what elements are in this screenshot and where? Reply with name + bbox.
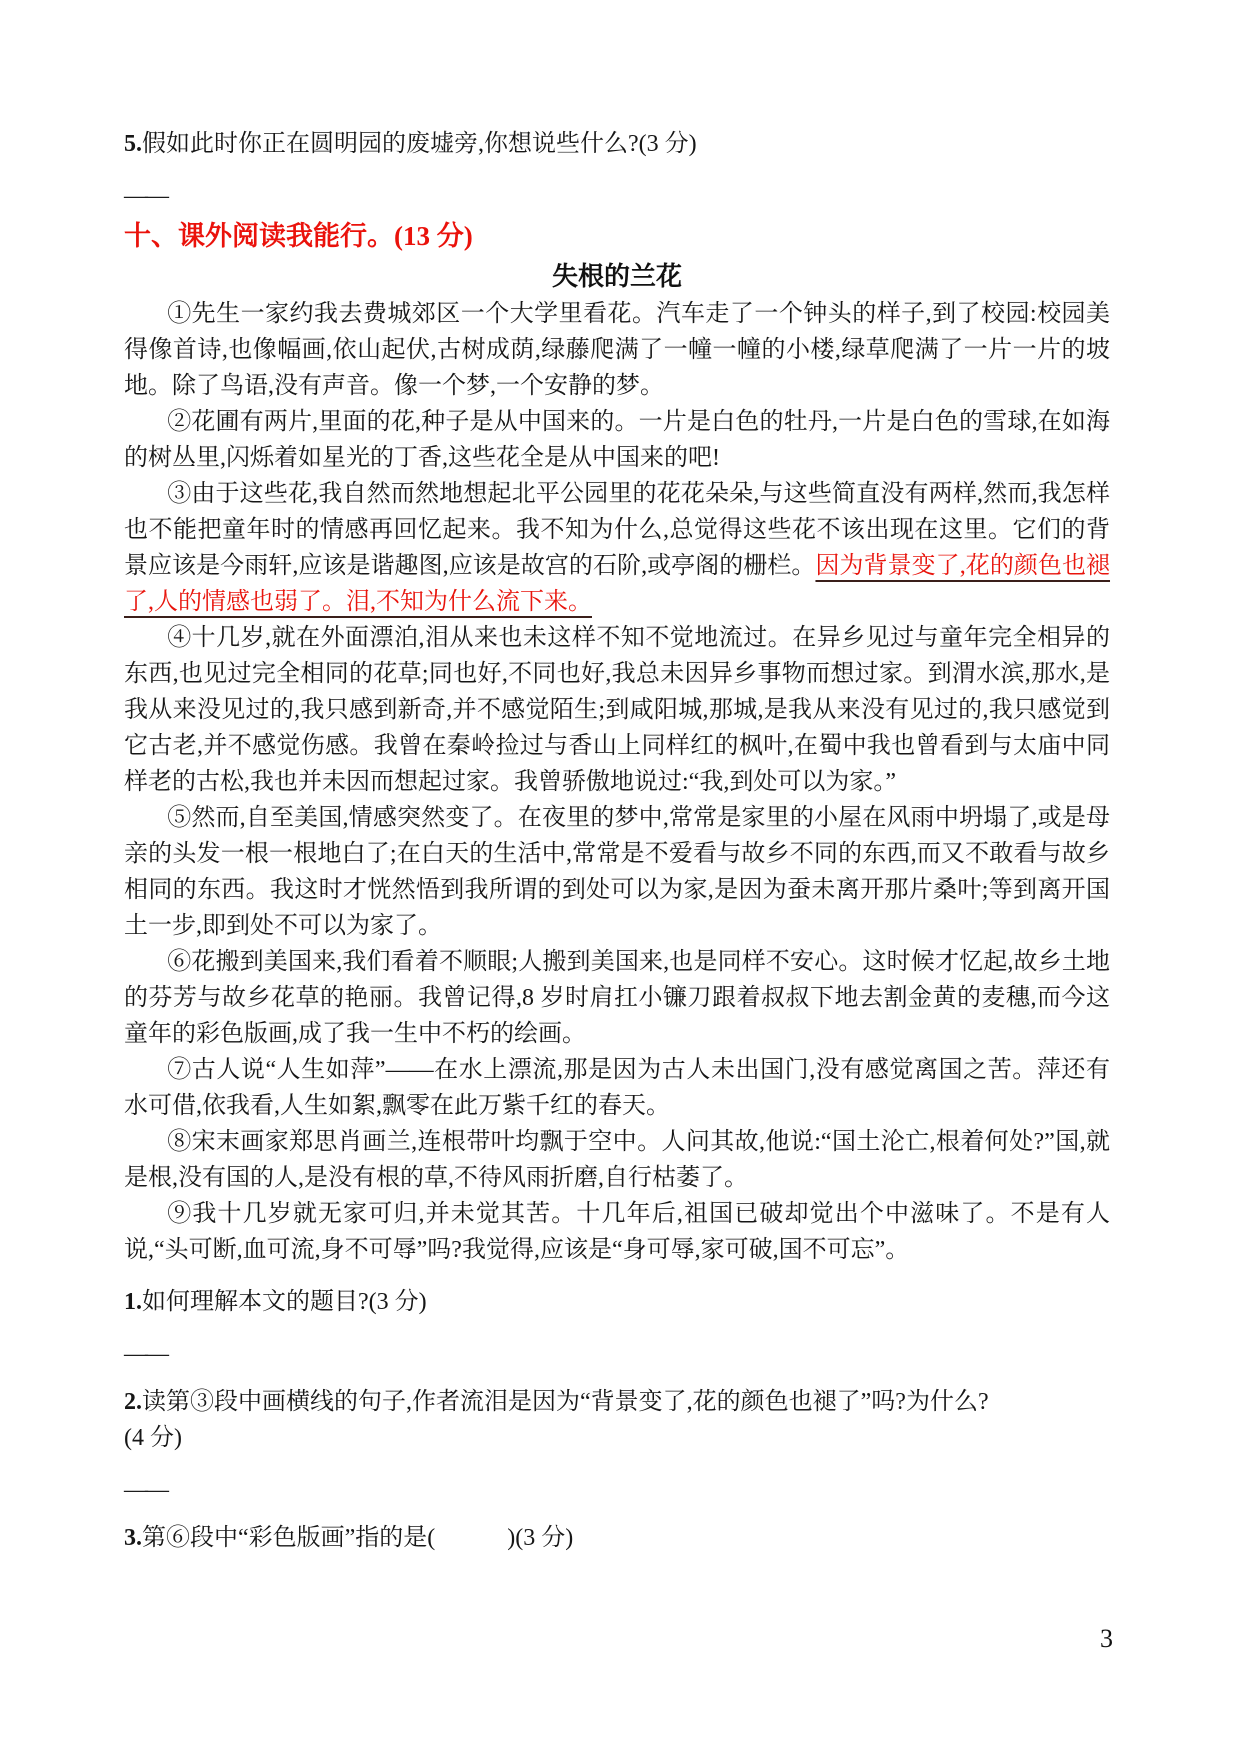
article-paragraph-5: ⑤然而,自至美国,情感突然变了。在夜里的梦中,常常是家里的小屋在风雨中坍塌了,或… xyxy=(124,800,1110,944)
question-2: 2.读第③段中画横线的句子,作者流泪是因为“背景变了,花的颜色也褪了”吗?为什么… xyxy=(124,1384,1110,1456)
answer-blank-line-3: —— xyxy=(124,1478,1110,1504)
question-3: 3.第⑥段中“彩色版画”指的是( )(3 分) xyxy=(124,1520,1110,1556)
article-paragraph-7: ⑦古人说“人生如萍”——在水上漂流,那是因为古人未出国门,没有感觉离国之苦。萍还… xyxy=(124,1052,1110,1124)
article-paragraph-4: ④十几岁,就在外面漂泊,泪从来也未这样不知不觉地流过。在异乡见过与童年完全相异的… xyxy=(124,620,1110,800)
document-page: 5.假如此时你正在圆明园的废墟旁,你想说些什么?(3 分) —— 十、课外阅读我… xyxy=(0,0,1241,1754)
question-5-text: 假如此时你正在圆明园的废墟旁,你想说些什么?(3 分) xyxy=(142,131,697,157)
question-1-number: 1. xyxy=(124,1289,142,1315)
paragraph-text: ⑦古人说“人生如萍”——在水上漂流,那是因为古人未出国门,没有感觉离国之苦。萍还… xyxy=(124,1057,1110,1119)
question-5-number: 5. xyxy=(124,131,142,157)
question-1-text: 如何理解本文的题目?(3 分) xyxy=(142,1289,427,1315)
question-2-text: 读第③段中画横线的句子,作者流泪是因为“背景变了,花的颜色也褪了”吗?为什么? xyxy=(142,1389,989,1415)
question-2-score: (4 分) xyxy=(124,1420,1110,1456)
article-paragraph-3: ③由于这些花,我自然而然地想起北平公园里的花花朵朵,与这些简直没有两样,然而,我… xyxy=(124,476,1110,620)
article-title: 失根的兰花 xyxy=(124,258,1110,296)
paragraph-text: ④十几岁,就在外面漂泊,泪从来也未这样不知不觉地流过。在异乡见过与童年完全相异的… xyxy=(124,625,1110,795)
paragraph-text: ①先生一家约我去费城郊区一个大学里看花。汽车走了一个钟头的样子,到了校园:校园美… xyxy=(124,301,1110,399)
answer-blank-line-1: —— xyxy=(124,184,1110,210)
article-paragraph-2: ②花圃有两片,里面的花,种子是从中国来的。一片是白色的牡丹,一片是白色的雪球,在… xyxy=(124,404,1110,476)
question-2-number: 2. xyxy=(124,1389,142,1415)
answer-blank-line-2: —— xyxy=(124,1342,1110,1368)
section-heading: 十、课外阅读我能行。(13 分) xyxy=(124,216,1110,256)
article-paragraph-6: ⑥花搬到美国来,我们看着不顺眼;人搬到美国来,也是同样不安心。这时候才忆起,故乡… xyxy=(124,944,1110,1052)
article-paragraph-1: ①先生一家约我去费城郊区一个大学里看花。汽车走了一个钟头的样子,到了校园:校园美… xyxy=(124,296,1110,404)
paragraph-text: ⑧宋末画家郑思肖画兰,连根带叶均飘于空中。人问其故,他说:“国土沦亡,根着何处?… xyxy=(124,1129,1110,1191)
article-paragraph-9: ⑨我十几岁就无家可归,并未觉其苦。十几年后,祖国已破却觉出个中滋味了。不是有人说… xyxy=(124,1196,1110,1268)
question-3-number: 3. xyxy=(124,1525,142,1551)
article-paragraph-8: ⑧宋末画家郑思肖画兰,连根带叶均飘于空中。人问其故,他说:“国土沦亡,根着何处?… xyxy=(124,1124,1110,1196)
paragraph-text: ②花圃有两片,里面的花,种子是从中国来的。一片是白色的牡丹,一片是白色的雪球,在… xyxy=(124,409,1110,471)
question-1: 1.如何理解本文的题目?(3 分) xyxy=(124,1284,1110,1320)
question-5: 5.假如此时你正在圆明园的废墟旁,你想说些什么?(3 分) xyxy=(124,126,1110,162)
question-3-text: 第⑥段中“彩色版画”指的是( )(3 分) xyxy=(142,1525,573,1551)
paragraph-text: ⑥花搬到美国来,我们看着不顺眼;人搬到美国来,也是同样不安心。这时候才忆起,故乡… xyxy=(124,949,1110,1047)
page-number: 3 xyxy=(1100,1624,1113,1654)
paragraph-text: ⑤然而,自至美国,情感突然变了。在夜里的梦中,常常是家里的小屋在风雨中坍塌了,或… xyxy=(124,805,1110,939)
paragraph-text: ⑨我十几岁就无家可归,并未觉其苦。十几年后,祖国已破却觉出个中滋味了。不是有人说… xyxy=(124,1201,1110,1263)
